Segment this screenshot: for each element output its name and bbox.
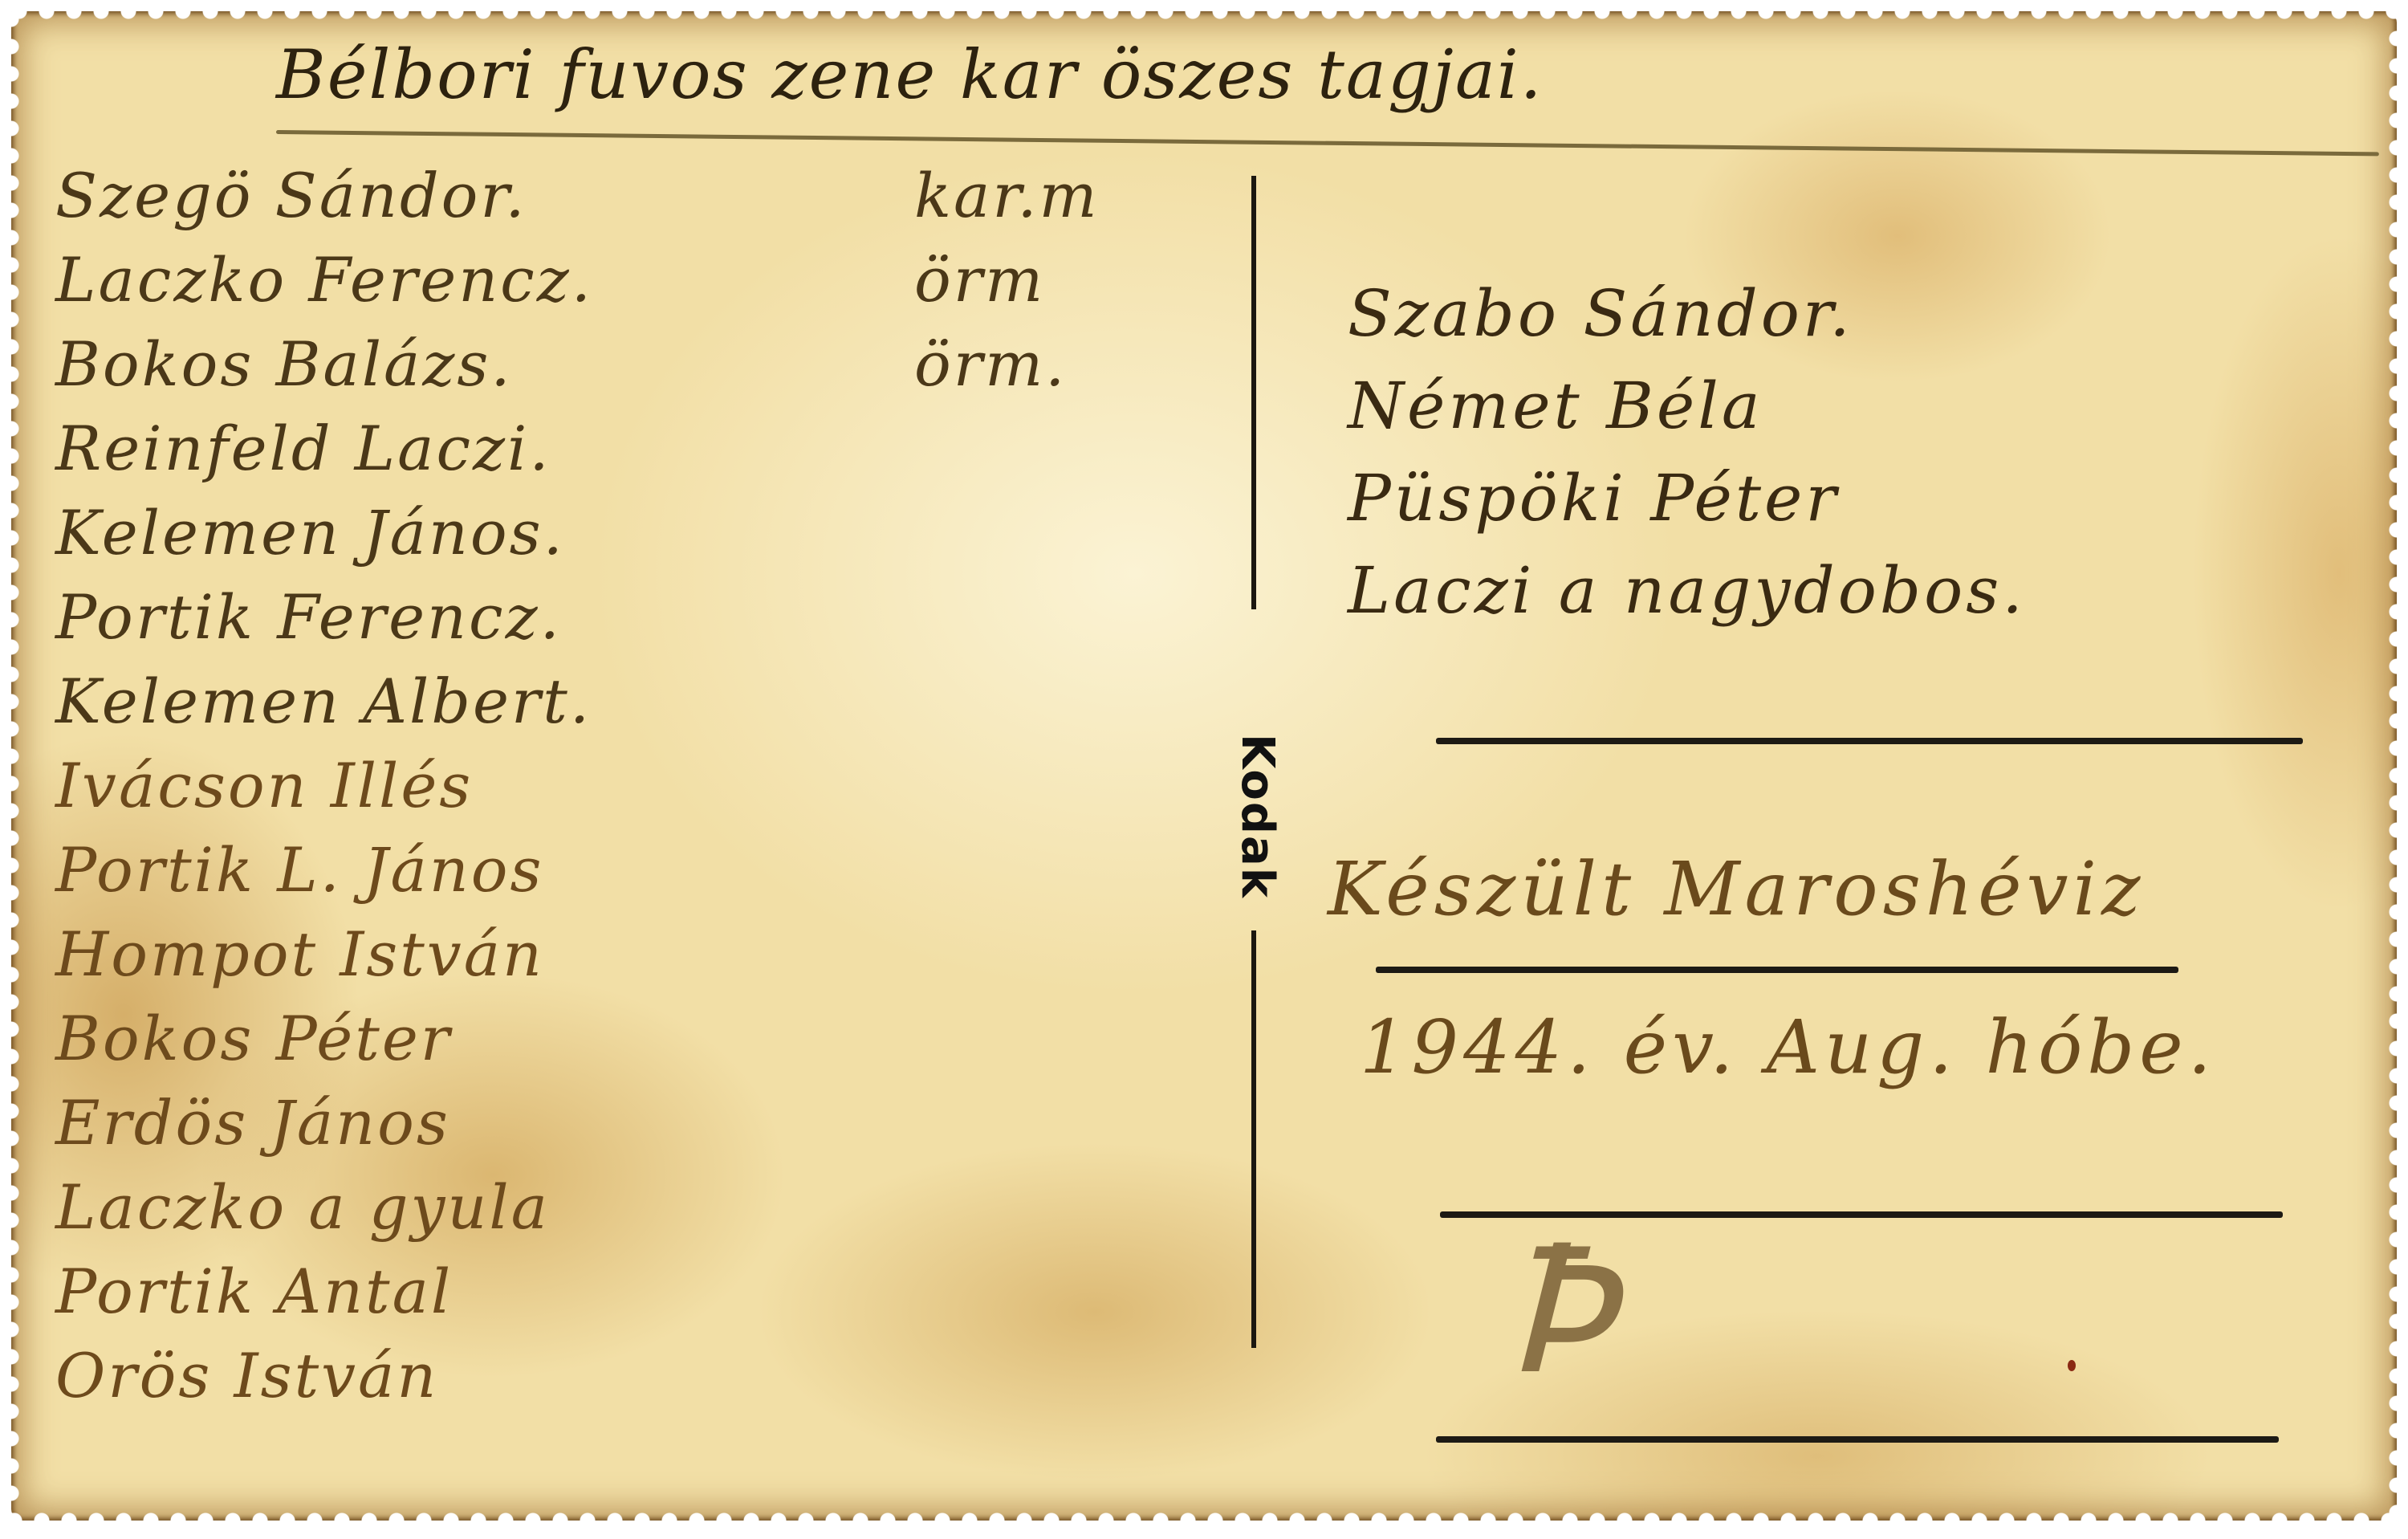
member-row: Kelemen János. bbox=[55, 497, 593, 581]
member-role: kar.m bbox=[914, 160, 1100, 231]
member-name: Reinfeld Laczi. bbox=[55, 413, 551, 484]
member-name: Ivácson Illés bbox=[55, 750, 473, 821]
title-underline bbox=[276, 130, 2379, 156]
deckled-edge-left bbox=[11, 11, 27, 1521]
member-row: Szabo Sándor. bbox=[1348, 276, 2026, 368]
member-name: Bokos Balázs. bbox=[55, 328, 513, 400]
member-row: Portik L. János bbox=[55, 834, 593, 918]
member-row: Portik Antal bbox=[55, 1256, 593, 1340]
member-row: Reinfeld Laczi. bbox=[55, 413, 593, 497]
member-row: Bokos Balázs.örm. bbox=[55, 328, 593, 413]
made-in-place: Készült Maroshéviz bbox=[1328, 846, 2216, 932]
postcard-title: Bélbori fuvos zene kar öszes tagjai. bbox=[276, 35, 1543, 114]
signature-flourish: Ꝥ bbox=[1504, 1207, 1611, 1413]
member-row: Püspöki Péter bbox=[1348, 461, 2026, 553]
deckled-edge-top bbox=[11, 11, 2397, 27]
ink-spot bbox=[2068, 1360, 2076, 1371]
deckled-edge-bottom bbox=[11, 1504, 2397, 1521]
member-role: örm bbox=[914, 244, 1045, 316]
member-row: Laczko a gyula bbox=[55, 1171, 593, 1256]
member-name: Hompot István bbox=[55, 918, 544, 990]
member-row: Bokos Péter bbox=[55, 1003, 593, 1087]
member-row: Orös István bbox=[55, 1340, 593, 1424]
member-row: Laczi a nagydobos. bbox=[1348, 553, 2026, 645]
address-line-4 bbox=[1436, 1436, 2279, 1443]
member-name: Kelemen Albert. bbox=[55, 666, 592, 737]
member-row: Német Béla bbox=[1348, 368, 2026, 461]
member-name: Laczko Ferencz. bbox=[55, 244, 593, 316]
member-row: Laczko Ferencz.örm bbox=[55, 244, 593, 328]
made-in-date: 1944. év. Aug. hóbe. bbox=[1360, 1004, 2216, 1090]
address-line-1 bbox=[1436, 738, 2303, 744]
member-name: Kelemen János. bbox=[55, 497, 565, 568]
member-name: Portik L. János bbox=[55, 834, 543, 906]
member-name: Bokos Péter bbox=[55, 1003, 452, 1074]
member-name: Portik Antal bbox=[55, 1256, 453, 1327]
member-name: Portik Ferencz. bbox=[55, 581, 562, 653]
member-name: Laczko a gyula bbox=[55, 1171, 550, 1243]
member-row: Szegö Sándor.kar.m bbox=[55, 160, 593, 244]
kodak-brand-mark: Kodak bbox=[1231, 734, 1279, 830]
made-in-note: Készült Maroshéviz 1944. év. Aug. hóbe. bbox=[1328, 846, 2216, 1090]
center-divider-lower bbox=[1251, 930, 1256, 1348]
member-list-left: Szegö Sándor.kar.m Laczko Ferencz.örm Bo… bbox=[55, 160, 593, 1424]
member-row: Hompot István bbox=[55, 918, 593, 1003]
postcard: Bélbori fuvos zene kar öszes tagjai. Sze… bbox=[11, 11, 2397, 1521]
member-row: Erdös János bbox=[55, 1087, 593, 1171]
member-list-right: Szabo Sándor. Német Béla Püspöki Péter L… bbox=[1348, 276, 2026, 645]
deckled-edge-right bbox=[2381, 11, 2397, 1521]
center-divider-upper bbox=[1251, 176, 1256, 609]
member-name: Orös István bbox=[55, 1340, 438, 1411]
member-row: Kelemen Albert. bbox=[55, 666, 593, 750]
member-name: Erdös János bbox=[55, 1087, 450, 1158]
member-row: Portik Ferencz. bbox=[55, 581, 593, 666]
member-row: Ivácson Illés bbox=[55, 750, 593, 834]
member-role: örm. bbox=[914, 328, 1067, 400]
member-name: Szegö Sándor. bbox=[55, 160, 527, 231]
